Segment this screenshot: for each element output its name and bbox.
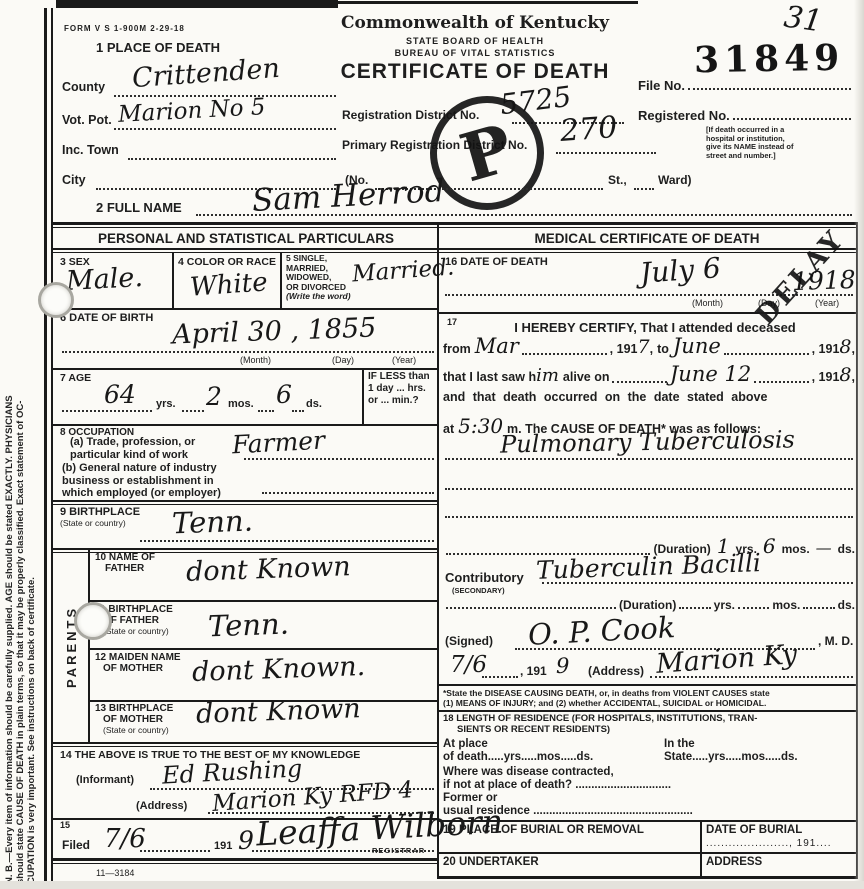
- filed-label: Filed: [62, 838, 90, 852]
- age-yrs-unit: yrs.: [156, 398, 176, 410]
- age-label: 7 AGE: [60, 372, 91, 384]
- attended-to-year: 8: [839, 336, 851, 358]
- date-of-death-label: 16 DATE OF DEATH: [445, 256, 548, 268]
- dots: [724, 353, 809, 355]
- attended-from-row: from Mar , 191 7 , to June , 191 8 ,: [443, 334, 855, 358]
- file-number-stamp: 31849: [694, 37, 845, 82]
- dots: [140, 850, 210, 852]
- dots: [128, 158, 336, 160]
- in-state-line: In the: [664, 738, 798, 751]
- mother-maiden-value: dont Known.: [192, 651, 366, 688]
- dots: [140, 540, 434, 542]
- at-place-line: of death.....yrs.....mos.....ds.: [443, 751, 593, 764]
- residence-line: SIENTS OR RECENT RESIDENTS): [443, 725, 757, 736]
- filed-year-prefix: 191: [214, 840, 232, 852]
- commonwealth-title: Commonwealth of Kentucky: [330, 13, 620, 33]
- dots: [196, 214, 852, 216]
- dots: [292, 410, 304, 412]
- rule: [88, 548, 90, 742]
- dots: [62, 410, 152, 412]
- age-years-value: 64: [104, 380, 136, 409]
- dots: [738, 607, 769, 609]
- last-saw-row: that I last saw h im alive on June 12 , …: [443, 362, 855, 386]
- margin-line-2: should state CAUSE OF DEATH in plain ter…: [15, 8, 26, 884]
- dots: [182, 410, 204, 412]
- occ-a-line: (a) Trade, profession, or: [70, 436, 195, 449]
- dots: [445, 458, 853, 460]
- dots: [612, 381, 666, 383]
- signed-label: (Signed): [445, 634, 493, 648]
- father-name-label: 10 NAME OF FATHER: [95, 552, 155, 574]
- certify-statement: I HEREBY CERTIFY, That I attended deceas…: [455, 320, 855, 335]
- rule: [53, 500, 437, 502]
- former-residence: Former or usual residence ..............…: [443, 792, 693, 818]
- former-line: usual residence ........................…: [443, 805, 693, 818]
- rule: [700, 820, 702, 878]
- mother-bp-line: OF MOTHER: [95, 714, 173, 725]
- age-days-value: 6: [276, 380, 292, 409]
- mother-birthplace-label: 13 BIRTHPLACE OF MOTHER (State or countr…: [95, 703, 173, 736]
- dob-month-label: (Month): [240, 355, 271, 365]
- scan-edge-shadow: [854, 0, 864, 889]
- form-number: FORM V S 1-900M 2-29-18: [64, 24, 185, 33]
- hospital-note: [If death occurred in a hospital or inst…: [706, 126, 846, 160]
- rule: [53, 863, 437, 864]
- rule: [53, 222, 858, 225]
- burial-date-label: DATE OF BURIAL: [706, 824, 802, 836]
- dots: [445, 516, 853, 518]
- punch-hole: [74, 602, 112, 640]
- dod-year-label: (Year): [815, 298, 839, 308]
- city-label: City: [62, 173, 86, 187]
- father-name-line: 10 NAME OF: [95, 552, 155, 563]
- signed-address-label: (Address): [588, 664, 644, 678]
- rule: [437, 852, 858, 854]
- duration-months: 6: [763, 534, 776, 558]
- if-less-line: IF LESS than: [368, 371, 430, 383]
- if-less-line: 1 day ... hrs.: [368, 383, 430, 395]
- rule: [51, 8, 53, 882]
- dob-year-label: (Year): [392, 355, 416, 365]
- year-prefix: , 191: [812, 370, 840, 384]
- p-stamp-letter: P: [452, 109, 521, 198]
- occ-a-line: particular kind of work: [70, 449, 195, 462]
- mother-bp-note: (State or country): [95, 725, 173, 736]
- margin-line-3: CUPATION is very important. See instruct…: [26, 8, 37, 884]
- dots: [482, 676, 518, 678]
- dots: [244, 458, 434, 460]
- file-no-label: File No.: [638, 78, 685, 93]
- rule: [437, 312, 858, 314]
- from-label: from: [443, 342, 471, 356]
- rule: [53, 308, 437, 310]
- birthplace-value: Tenn.: [171, 504, 253, 541]
- age-ds-unit: ds.: [306, 398, 322, 410]
- dots: [446, 607, 616, 609]
- certificate-title: CERTIFICATE OF DEATH: [320, 60, 630, 84]
- rule: [53, 424, 437, 426]
- residence-label: 18 LENGTH OF RESIDENCE (FOR HOSPITALS, I…: [443, 714, 757, 735]
- occ-b-line: business or establishment in: [62, 475, 221, 488]
- marital-label: 5 SINGLE, MARRIED, WIDOWED, OR DIVORCED …: [286, 254, 351, 302]
- birthplace-label: 9 BIRTHPLACE: [60, 506, 140, 518]
- death-occurred-line: and that death occurred on the date stat…: [443, 390, 767, 404]
- dots: [522, 353, 607, 355]
- alive-on-label: alive on: [563, 370, 610, 384]
- rule: [437, 876, 858, 879]
- dots: [650, 676, 853, 678]
- md-label: , M. D.: [818, 634, 853, 648]
- informant-label: (Informant): [76, 774, 134, 786]
- registered-no-label: Registered No.: [638, 108, 730, 123]
- registered-no-row: Registered No.: [638, 108, 854, 123]
- filed-item-number: 15: [60, 820, 70, 830]
- dots: [445, 488, 853, 490]
- dots: [258, 410, 274, 412]
- year-prefix: , 191: [812, 342, 840, 356]
- former-line: Former or: [443, 792, 693, 805]
- dots: [114, 128, 336, 130]
- rule: [437, 252, 858, 253]
- plate-number: 11—3184: [96, 868, 134, 878]
- rule: [44, 8, 47, 882]
- attended-to-value: June: [673, 334, 721, 358]
- rule: [53, 248, 437, 250]
- rule: [437, 248, 858, 250]
- rule: [53, 746, 437, 747]
- signed-year-digit: 9: [556, 654, 569, 678]
- rule: [437, 222, 439, 878]
- full-name-label: 2 FULL NAME: [96, 200, 182, 215]
- undertaker-address-label: ADDRESS: [706, 856, 762, 868]
- last-saw-value: June 12: [670, 362, 751, 386]
- him-insert: im: [536, 365, 559, 386]
- dots: [556, 152, 656, 154]
- scan-artifact-line: [338, 1, 638, 4]
- dots: [542, 582, 853, 584]
- signed-year-prefix: , 191: [520, 664, 547, 678]
- pen-number: 31: [782, 0, 825, 39]
- dob-day-label: (Day): [332, 355, 354, 365]
- if-less-note: IF LESS than 1 day ... hrs. or ... min.?: [368, 371, 430, 407]
- age-months-value: 2: [206, 382, 222, 411]
- primary-reg-value: 270: [559, 110, 619, 149]
- at-place-line: At place: [443, 738, 593, 751]
- contracted-line: if not at place of death? ..............…: [443, 779, 671, 792]
- undertaker-label: 20 UNDERTAKER: [443, 856, 539, 868]
- age-mos-unit: mos.: [228, 398, 254, 410]
- personal-section-title: PERSONAL AND STATISTICAL PARTICULARS: [55, 231, 437, 246]
- duration2-yrs-unit: yrs.: [714, 598, 735, 612]
- burial-date-line: ......................, 191....: [706, 838, 831, 849]
- dots: [754, 381, 808, 383]
- rule: [172, 252, 174, 308]
- year-prefix: , 191: [610, 342, 638, 356]
- dots: [62, 351, 434, 353]
- contributory-label: Contributory: [445, 570, 524, 585]
- rule: [53, 252, 437, 253]
- if-less-line: or ... min.?: [368, 395, 430, 407]
- county-label: County: [62, 80, 105, 94]
- rule: [88, 648, 437, 650]
- disease-contracted: Where was disease contracted, if not at …: [443, 766, 671, 792]
- marital-note: (Write the word): [286, 292, 351, 302]
- signed-date-value: 7/6: [450, 652, 487, 678]
- margin-line-1: N. B.—Every item of information should b…: [4, 8, 15, 884]
- dots: [688, 88, 851, 90]
- state-board-title: STATE BOARD OF HEALTH: [330, 36, 620, 46]
- dots: [733, 118, 851, 120]
- at-place-of-death: At place of death.....yrs.....mos.....ds…: [443, 738, 593, 764]
- color-race-label: 4 COLOR OR RACE: [178, 256, 276, 268]
- file-no-row: File No.: [638, 78, 854, 93]
- mother-name-line: OF MOTHER: [95, 663, 181, 674]
- father-name-value: dont Known: [186, 551, 352, 588]
- duration-days: —: [816, 538, 832, 557]
- contracted-line: Where was disease contracted,: [443, 766, 671, 779]
- margin-instructions: N. B.—Every item of information should b…: [4, 8, 37, 884]
- burial-label: 19 PLACE OF BURIAL OR REMOVAL: [443, 824, 644, 836]
- dots: [803, 607, 834, 609]
- occ-b-line: which employed (or employer): [62, 487, 221, 500]
- sex-value: Male.: [65, 262, 143, 297]
- cause-footnote: *State the DISEASE CAUSING DEATH, or, in…: [443, 688, 770, 708]
- informant-address-label: (Address): [136, 800, 187, 812]
- last-saw-prefix: that I last saw h: [443, 370, 536, 384]
- dots: [679, 607, 710, 609]
- bureau-title: BUREAU OF VITAL STATISTICS: [330, 48, 620, 58]
- registrar-label: REGISTRAR: [372, 846, 425, 855]
- mother-maiden-label: 12 MAIDEN NAME OF MOTHER: [95, 652, 181, 674]
- place-of-death-label: 1 PLACE OF DEATH: [96, 40, 220, 55]
- occ-b-line: (b) General nature of industry: [62, 462, 221, 475]
- attended-from-value: Mar: [475, 334, 519, 358]
- to-label: to: [657, 342, 669, 356]
- medical-section-title: MEDICAL CERTIFICATE OF DEATH: [437, 231, 857, 246]
- dots: [262, 492, 434, 494]
- residence-line: 18 LENGTH OF RESIDENCE (FOR HOSPITALS, I…: [443, 714, 757, 725]
- footnote-line: (1) MEANS OF INJURY; and (2) whether ACC…: [443, 698, 770, 708]
- city-st-label: St.,: [608, 173, 627, 187]
- occupation-b-label: (b) General nature of industry business …: [62, 462, 221, 500]
- mother-birthplace-value: dont Known: [196, 693, 362, 730]
- color-race-value: White: [189, 267, 269, 302]
- birthplace-note: (State or country): [60, 518, 126, 528]
- footnote-line: *State the DISEASE CAUSING DEATH, or, in…: [443, 688, 770, 698]
- duration2-row: (Duration) yrs. mos. ds.: [443, 598, 855, 612]
- occupation-a-value: Farmer: [231, 426, 325, 460]
- hospital-note-line: street and number.]: [706, 152, 846, 161]
- dots: [634, 188, 654, 190]
- rule: [53, 368, 437, 370]
- rule: [280, 252, 282, 308]
- scan-edge-shadow: [0, 881, 864, 889]
- rule: [53, 858, 437, 861]
- dod-month-label: (Month): [692, 298, 723, 308]
- inc-town-label: Inc. Town: [62, 143, 119, 157]
- vot-pot-label: Vot. Pot.: [62, 113, 112, 127]
- rule: [437, 684, 858, 686]
- mother-bp-line: 13 BIRTHPLACE: [95, 703, 173, 714]
- father-name-line: FATHER: [95, 563, 155, 574]
- occupation-a-label: (a) Trade, profession, or particular kin…: [70, 436, 195, 461]
- punch-hole: [38, 282, 74, 318]
- rule: [53, 548, 437, 550]
- duration2-ds-unit: ds.: [838, 598, 855, 612]
- rule: [437, 820, 858, 822]
- dob-label: 6 DATE OF BIRTH: [60, 312, 153, 324]
- last-saw-year: 8: [839, 364, 851, 386]
- date-of-death-value: July 6: [639, 251, 722, 290]
- city-ward-label: Ward): [658, 173, 692, 187]
- scan-artifact-bar: [56, 0, 338, 8]
- rule: [88, 600, 437, 602]
- duration-mos-unit: mos.: [782, 542, 810, 556]
- comma: ,: [650, 342, 653, 356]
- mother-name-line: 12 MAIDEN NAME: [95, 652, 181, 663]
- duration2-mos-unit: mos.: [772, 598, 800, 612]
- rule: [437, 710, 858, 712]
- father-birthplace-value: Tenn.: [207, 607, 289, 644]
- duration-ds-unit: ds.: [838, 542, 855, 556]
- rule: [53, 742, 437, 744]
- attended-from-year: 7: [637, 336, 649, 358]
- rule: [362, 368, 364, 424]
- in-the-state: In the State.....yrs.....mos.....ds.: [664, 738, 798, 764]
- secondary-label: (SECONDARY): [452, 586, 505, 595]
- in-state-line: State.....yrs.....mos.....ds.: [664, 751, 798, 764]
- rule: [53, 227, 858, 228]
